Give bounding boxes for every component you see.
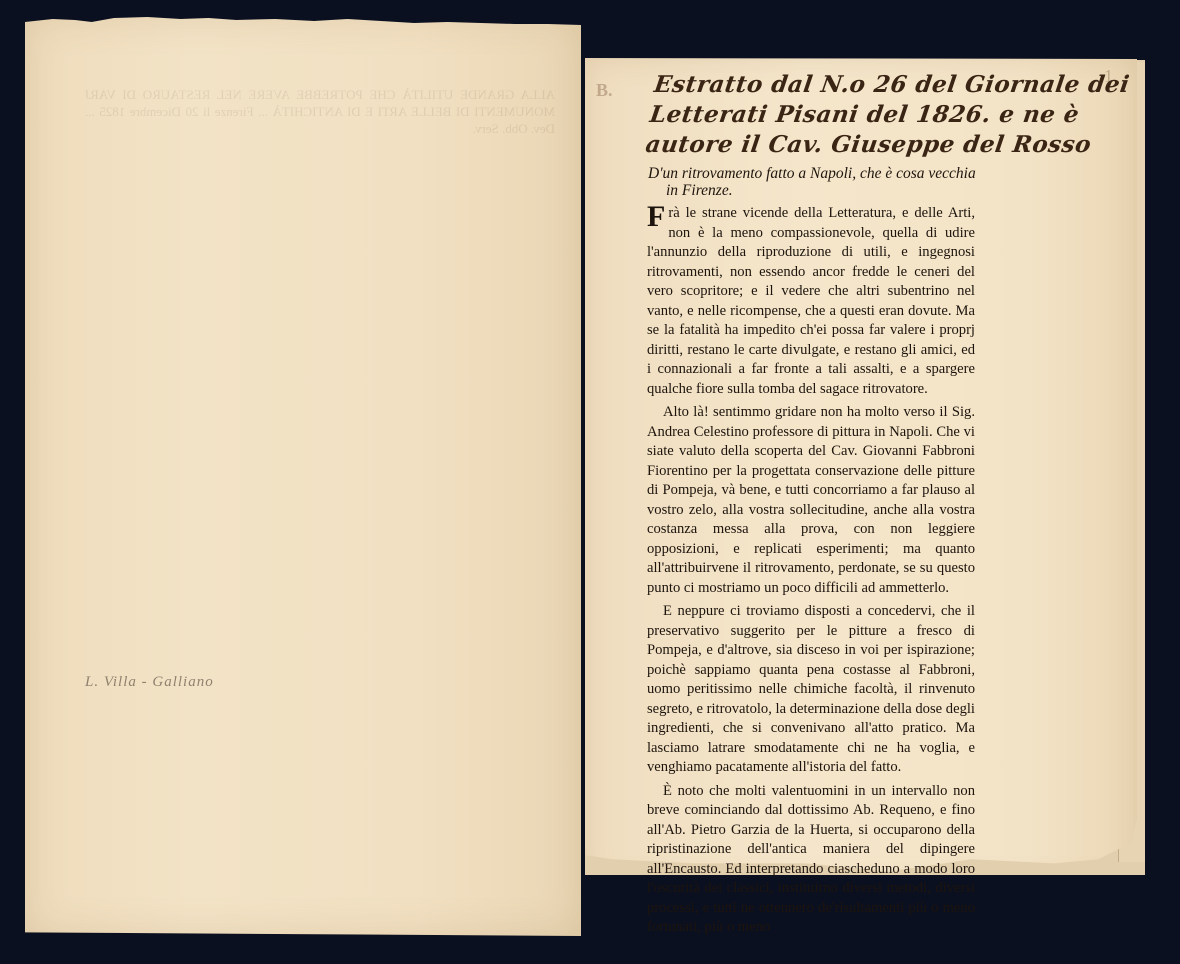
paragraph-4: È noto che molti valentuomini in un inte… [647, 782, 975, 938]
paragraph-2: Alto là! sentimmo gridare non ha molto v… [647, 403, 975, 598]
paragraph-1-text: rà le strane vicende della Letteratura, … [647, 205, 975, 397]
article-title: D'un ritrovamento fatto a Napoli, che è … [648, 165, 1008, 199]
article-body: Frà le strane vicende della Letteratura,… [647, 204, 975, 942]
drop-cap: F [647, 207, 665, 227]
left-page-verso: ALLA GRANDE UTILITÀ CHE POTREBBE AVERE N… [25, 16, 581, 936]
paragraph-3: E neppure ci troviamo disposti a concede… [647, 602, 975, 778]
margin-mark-b: B. [596, 80, 613, 101]
paragraph-1: Frà le strane vicende della Letteratura,… [647, 204, 975, 399]
handwritten-note: Estratto dal N.o 26 del Giornale dei Let… [644, 70, 1137, 160]
article-title-line1: D'un ritrovamento fatto a Napoli, che è … [648, 165, 1008, 182]
article-title-line2: in Firenze. [648, 182, 1008, 199]
signature: L. Villa - Galliano [85, 674, 214, 691]
show-through-text: ALLA GRANDE UTILITÀ CHE POTREBBE AVERE N… [85, 86, 555, 137]
